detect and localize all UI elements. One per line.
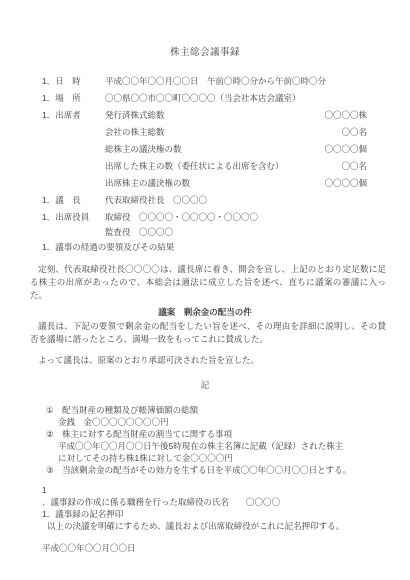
recorder-line: 、議事録の作成に係る職務を行った取締役の氏名 〇〇〇〇 bbox=[42, 496, 386, 508]
date-label: 1．日 時 bbox=[42, 73, 105, 90]
seal-paragraph: 以上の決議を明確にするため、議長および出席取締役がこれに記名押印する。 bbox=[42, 520, 386, 532]
stat-row: 会社の株主総数 〇〇名 bbox=[105, 124, 367, 141]
dividend-item-2-title: ② 株主に対する配当財産の割当てに関する事項 bbox=[46, 428, 386, 440]
attendees-label: 1．出席者 bbox=[42, 107, 105, 192]
dividend-item-1-amount: 金銭 金〇〇〇〇〇〇〇〇円 bbox=[46, 416, 386, 428]
dividend-item-2-line2: に対してその持ち株1株に対して金〇〇〇〇円 bbox=[46, 452, 386, 464]
proceedings-heading: 1．議事の経過の要領及びその結果 bbox=[42, 240, 385, 255]
document-title: 株主総会議事録 bbox=[0, 0, 410, 58]
closing-section: 1 、議事録の作成に係る職務を行った取締役の氏名 〇〇〇〇 1．議事録の記名押印… bbox=[42, 484, 386, 532]
recorder-number: 1 bbox=[42, 484, 386, 496]
meta-section: 1．日 時 平成〇〇年〇〇月〇〇日 午前〇時〇分から午前〇時〇分 1．場 所 〇… bbox=[42, 73, 385, 255]
resolution-paragraph: よって議長は、原案のとおり承認可決された旨を宣した。 bbox=[30, 354, 386, 367]
stat-row: 出席した株主の数（委任状による出席を含む） 〇〇名 bbox=[105, 158, 367, 175]
document-page: 株主総会議事録 1．日 時 平成〇〇年〇〇月〇〇日 午前〇時〇分から午前〇時〇分… bbox=[0, 0, 410, 580]
notice-heading: 記 bbox=[0, 379, 410, 391]
stat-row: 総株主の議決権の数 〇〇〇〇個 bbox=[105, 141, 367, 158]
agenda-heading: 議案 剰余金の配当の件 bbox=[0, 306, 410, 318]
officers-label: 1．出席役員 bbox=[42, 209, 105, 238]
stat-name: 出席した株主の数（委任状による出席を含む） bbox=[105, 158, 284, 175]
place-label: 1．場 所 bbox=[42, 90, 105, 107]
dividend-item-2-line1: 平成〇〇年〇〇月〇〇日午後5時現在の株主名簿に記載（記録）された株主 bbox=[46, 440, 386, 452]
stat-name: 出席株主の議決権の数 bbox=[105, 175, 190, 192]
dividend-item-3-title: ③ 当該剰余金の配当がその効力を生ずる日を平成〇〇年〇〇月〇〇日とする。 bbox=[46, 464, 386, 476]
attendee-stats-table: 発行済株式総数 〇〇〇〇株 会社の株主総数 〇〇名 総株主の議決権の数 〇〇〇〇… bbox=[105, 107, 367, 192]
place-row: 1．場 所 〇〇県〇〇市〇〇町〇〇〇〇（当会社本店会議室） bbox=[42, 90, 385, 107]
officers-directors: 取締役 〇〇〇〇・〇〇〇〇・〇〇〇〇 bbox=[105, 209, 258, 226]
stat-name: 発行済株式総数 bbox=[105, 107, 165, 124]
officers-auditors: 監査役 〇〇〇〇 bbox=[105, 226, 258, 238]
officers-row: 1．出席役員 取締役 〇〇〇〇・〇〇〇〇・〇〇〇〇 監査役 〇〇〇〇 bbox=[42, 209, 385, 238]
chairman-value: 代表取締役社長 〇〇〇〇 bbox=[105, 192, 207, 209]
stat-value: 〇〇名 bbox=[341, 124, 367, 141]
stat-name: 総株主の議決権の数 bbox=[105, 141, 182, 158]
seal-heading: 1．議事録の記名押印 bbox=[42, 508, 386, 520]
document-date: 平成〇〇年〇〇月〇〇日 bbox=[42, 542, 386, 554]
stat-value: 〇〇〇〇個 bbox=[324, 175, 367, 192]
stat-name: 会社の株主総数 bbox=[105, 124, 165, 141]
chairman-label: 1．議 長 bbox=[42, 192, 105, 209]
officers-lines: 取締役 〇〇〇〇・〇〇〇〇・〇〇〇〇 監査役 〇〇〇〇 bbox=[105, 209, 258, 238]
stat-row: 出席株主の議決権の数 〇〇〇〇個 bbox=[105, 175, 367, 192]
stat-value: 〇〇名 bbox=[341, 158, 367, 175]
place-value: 〇〇県〇〇市〇〇町〇〇〇〇（当会社本店会議室） bbox=[105, 90, 301, 107]
proposal-paragraph: 議長は、下記の要領で剰余金の配当をしたい旨を述べ、その理由を詳細に説明し、その賛… bbox=[30, 320, 386, 346]
opening-paragraph: 定刻、代表取締役社長〇〇〇〇は、議長席に着き、開会を宣し、上記のとおり定足数に足… bbox=[30, 263, 386, 302]
chairman-row: 1．議 長 代表取締役社長 〇〇〇〇 bbox=[42, 192, 385, 209]
stat-value: 〇〇〇〇個 bbox=[324, 141, 367, 158]
resolution-items: ① 配当財産の種類及び帳簿価額の総額 金銭 金〇〇〇〇〇〇〇〇円 ② 株主に対す… bbox=[46, 404, 386, 476]
attendees-row: 1．出席者 発行済株式総数 〇〇〇〇株 会社の株主総数 〇〇名 総株主の議決権の… bbox=[42, 107, 385, 192]
stat-row: 発行済株式総数 〇〇〇〇株 bbox=[105, 107, 367, 124]
date-row: 1．日 時 平成〇〇年〇〇月〇〇日 午前〇時〇分から午前〇時〇分 bbox=[42, 73, 385, 90]
dividend-item-1-title: ① 配当財産の種類及び帳簿価額の総額 bbox=[46, 404, 386, 416]
date-value: 平成〇〇年〇〇月〇〇日 午前〇時〇分から午前〇時〇分 bbox=[105, 73, 326, 90]
stat-value: 〇〇〇〇株 bbox=[324, 107, 367, 124]
